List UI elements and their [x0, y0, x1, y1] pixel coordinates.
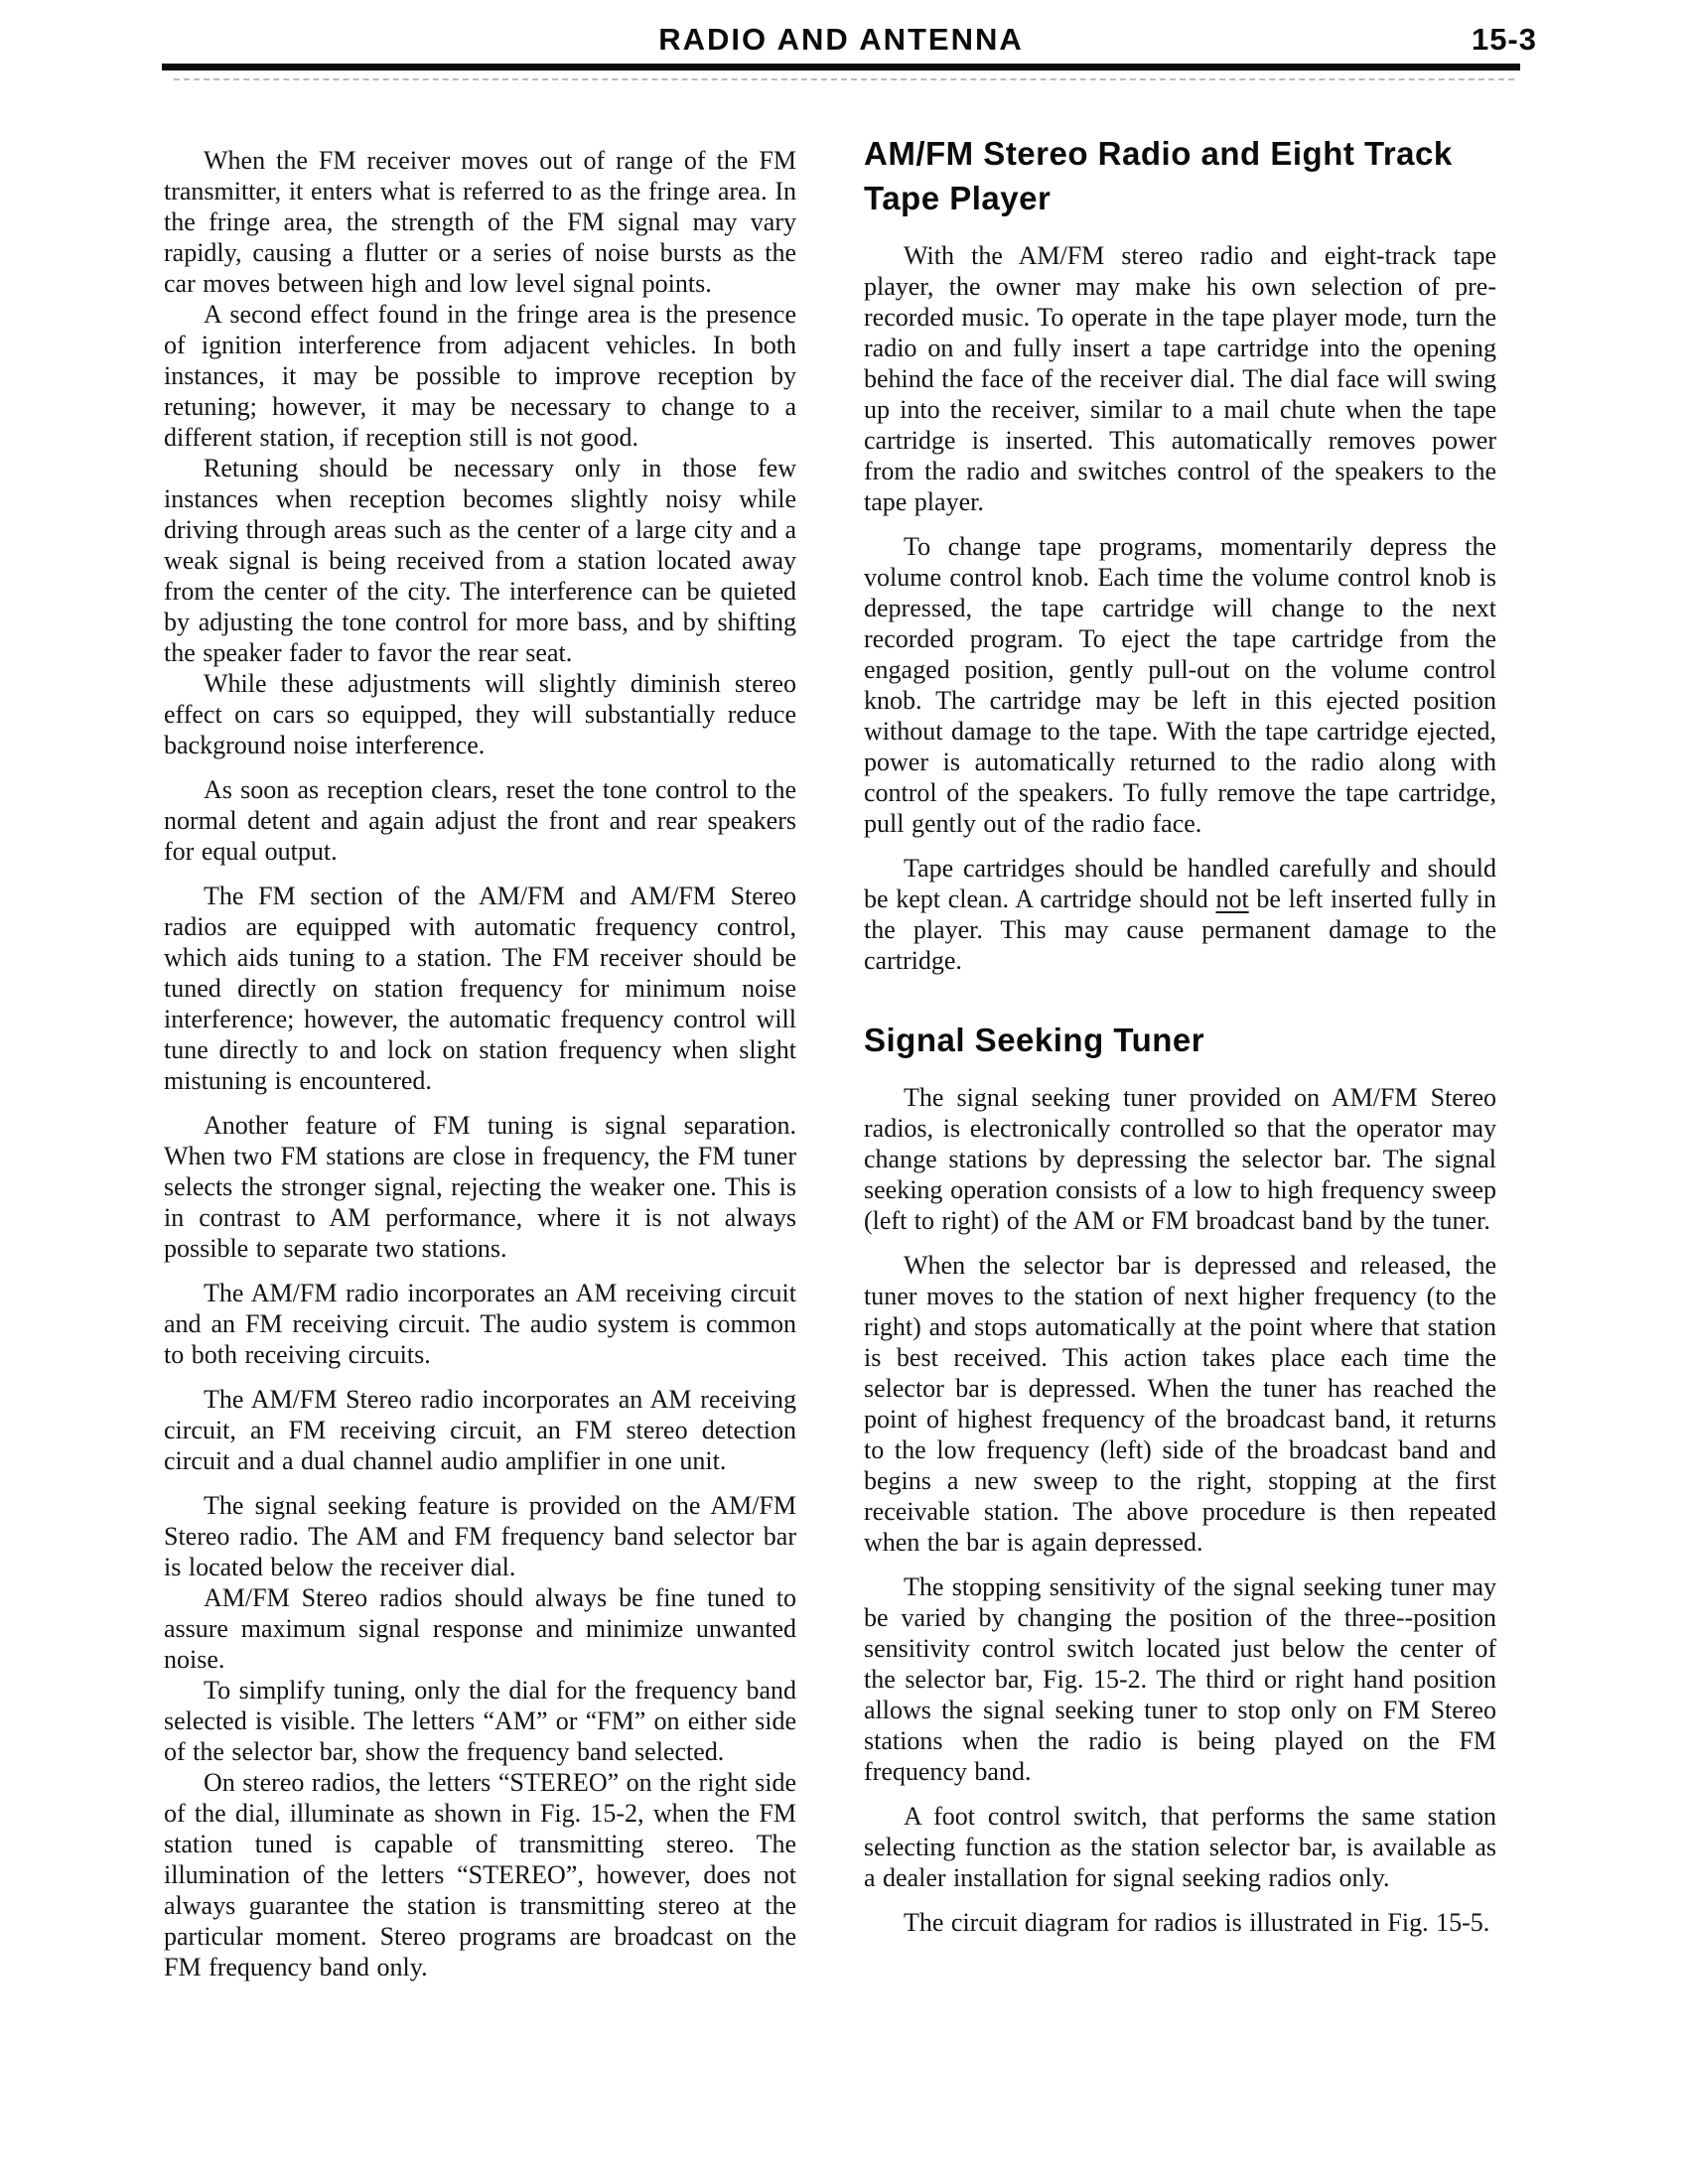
- header-rule-scan-noise: [174, 78, 1514, 80]
- paragraph: As soon as reception clears, reset the t…: [164, 774, 796, 867]
- paragraph: AM/FM Stereo radios should always be fin…: [164, 1582, 796, 1675]
- two-column-layout: When the FM receiver moves out of range …: [164, 131, 1496, 1982]
- paragraph: While these adjustments will slightly di…: [164, 668, 796, 760]
- section-heading: AM/FM Stereo Radio and Eight Track Tape …: [864, 131, 1496, 220]
- paragraph: When the selector bar is depressed and r…: [864, 1250, 1496, 1558]
- page-title: RADIO AND ANTENNA: [162, 22, 1520, 58]
- paragraph: The FM section of the AM/FM and AM/FM St…: [164, 881, 796, 1096]
- paragraph: To change tape programs, momentarily dep…: [864, 531, 1496, 839]
- header-rule: [162, 64, 1520, 70]
- paragraph: A second effect found in the fringe area…: [164, 299, 796, 453]
- paragraph: The AM/FM radio incorporates an AM recei…: [164, 1278, 796, 1370]
- paragraph: Another feature of FM tuning is signal s…: [164, 1110, 796, 1264]
- paragraph: Tape cartridges should be handled carefu…: [864, 853, 1496, 976]
- section: Signal Seeking TunerThe signal seeking t…: [864, 1018, 1496, 1938]
- paragraph: The signal seeking tuner provided on AM/…: [864, 1082, 1496, 1236]
- section-heading: Signal Seeking Tuner: [864, 1018, 1496, 1062]
- left-column: When the FM receiver moves out of range …: [164, 131, 796, 1982]
- paragraph: On stereo radios, the letters “STEREO” o…: [164, 1767, 796, 1982]
- paragraph: A foot control switch, that performs the…: [864, 1801, 1496, 1893]
- page-number: 15-3: [1472, 22, 1537, 58]
- paragraph: To simplify tuning, only the dial for th…: [164, 1675, 796, 1767]
- paragraph: Retuning should be necessary only in tho…: [164, 453, 796, 668]
- paragraph: The stopping sensitivity of the signal s…: [864, 1571, 1496, 1787]
- paragraph: The signal seeking feature is provided o…: [164, 1490, 796, 1582]
- section: AM/FM Stereo Radio and Eight Track Tape …: [864, 131, 1496, 976]
- paragraph: With the AM/FM stereo radio and eight-tr…: [864, 240, 1496, 517]
- right-column: AM/FM Stereo Radio and Eight Track Tape …: [864, 131, 1496, 1982]
- paragraph: When the FM receiver moves out of range …: [164, 145, 796, 299]
- paragraph: The circuit diagram for radios is illust…: [864, 1907, 1496, 1938]
- underlined-word: not: [1215, 885, 1248, 913]
- paragraph: The AM/FM Stereo radio incorporates an A…: [164, 1384, 796, 1476]
